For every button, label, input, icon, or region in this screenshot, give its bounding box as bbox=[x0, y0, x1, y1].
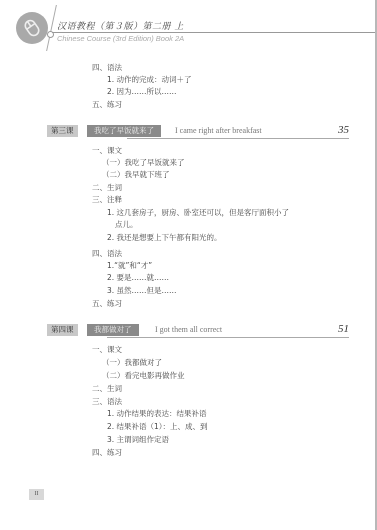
toc-item: 四、语法 bbox=[92, 62, 122, 73]
logo bbox=[16, 12, 48, 44]
toc-item: 三、注释 bbox=[92, 194, 122, 205]
lesson-header-3[interactable]: 第三课 我吃了早饭就来了 I came right after breakfas… bbox=[47, 125, 349, 137]
lesson-number: 第三课 bbox=[47, 125, 78, 137]
toc-item: （二）看完电影再做作业 bbox=[102, 370, 185, 381]
lesson-page: 35 bbox=[338, 124, 349, 136]
toc-item: 四、练习 bbox=[92, 447, 122, 458]
lesson-page: 51 bbox=[338, 323, 349, 335]
toc-item: 1. 动作结果的表达：结果补语 bbox=[107, 408, 207, 419]
book-title-cn: 汉语教程（第３版）第二册 上 bbox=[57, 19, 184, 32]
toc-item: 五、练习 bbox=[92, 99, 122, 110]
book-title-en: Chinese Course (3rd Edition) Book 2A bbox=[57, 34, 184, 43]
toc-item: 3. 虽然……但是…… bbox=[107, 285, 177, 296]
toc-item: 三、语法 bbox=[92, 396, 122, 407]
lesson-header-4[interactable]: 第四课 我都做对了 I got them all correct 51 bbox=[47, 324, 349, 336]
toc-item: 二、生词 bbox=[92, 182, 122, 193]
toc-item: 点儿。 bbox=[115, 219, 138, 230]
lesson-title-en: I got them all correct bbox=[155, 325, 222, 334]
toc-item: 1. 动作的完成：动词＋了 bbox=[107, 74, 192, 85]
lesson-rule bbox=[107, 337, 349, 338]
toc-item: 1.“就”和“才” bbox=[107, 260, 152, 271]
toc-item: 2. 结果补语（1）：上、成、到 bbox=[107, 421, 208, 432]
toc-item: （二）我早就下班了 bbox=[102, 169, 170, 180]
lesson-title-cn: 我都做对了 bbox=[87, 324, 139, 336]
toc-item: 二、生词 bbox=[92, 383, 122, 394]
toc-item: 2. 我还是想要上下午都有阳光的。 bbox=[107, 232, 222, 243]
lesson-number: 第四课 bbox=[47, 324, 78, 336]
lesson-rule bbox=[127, 138, 349, 139]
lesson-title-cn: 我吃了早饭就来了 bbox=[87, 125, 161, 137]
header-rule bbox=[52, 32, 375, 33]
mouse-icon bbox=[21, 17, 43, 39]
toc-item: 四、语法 bbox=[92, 248, 122, 259]
toc-item: （一）我都做对了 bbox=[102, 357, 162, 368]
toc-item: 一、课文 bbox=[92, 344, 122, 355]
toc-item: 2. 要是……就…… bbox=[107, 272, 169, 283]
toc-item: 一、课文 bbox=[92, 145, 122, 156]
toc-item: （一）我吃了早饭就来了 bbox=[102, 157, 185, 168]
toc-item: 五、练习 bbox=[92, 298, 122, 309]
lesson-title-en: I came right after breakfast bbox=[175, 126, 262, 135]
toc-item: 1. 这几套房子，厨房、卧室还可以，但是客厅面积小了 bbox=[107, 207, 289, 218]
toc-item: 2. 因为……所以…… bbox=[107, 86, 177, 97]
page-number: II bbox=[29, 489, 44, 500]
toc-item: 3. 主谓词组作定语 bbox=[107, 434, 169, 445]
